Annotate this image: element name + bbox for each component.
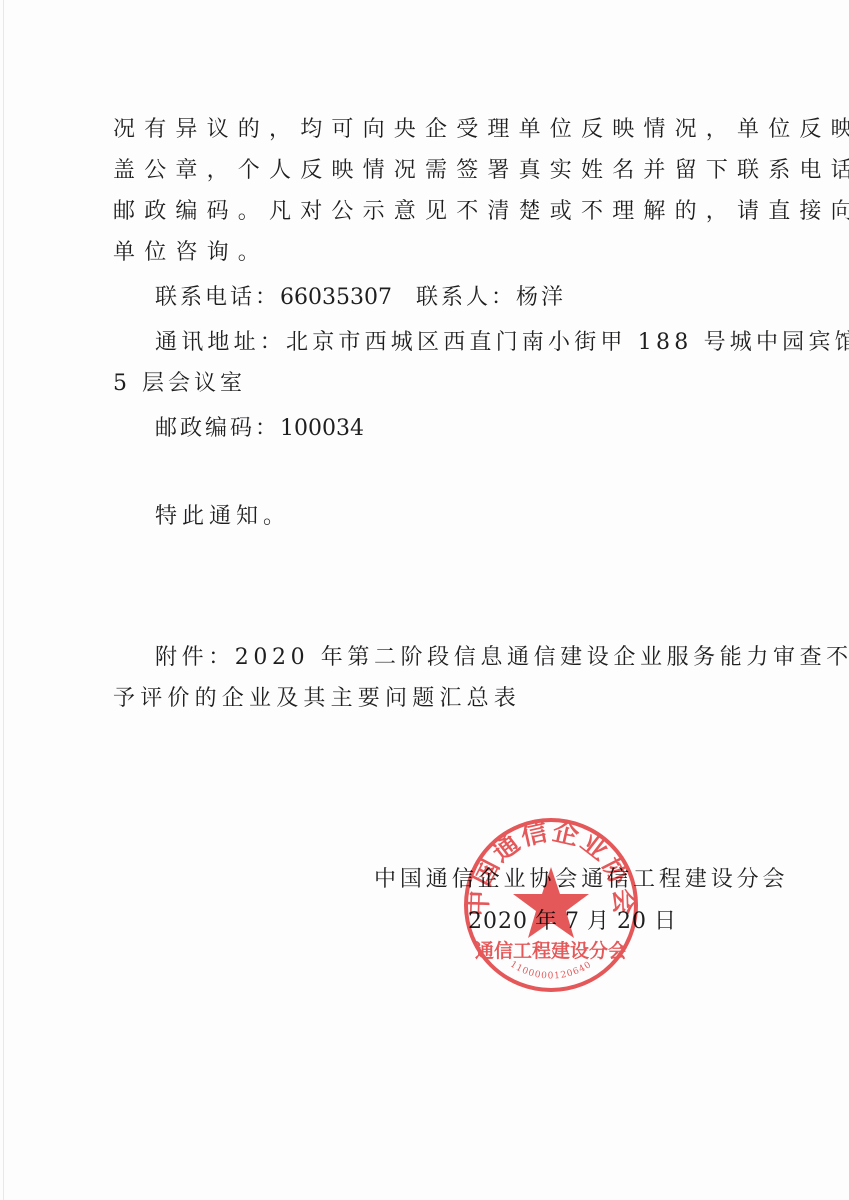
body-line-3: 邮政编码。凡对公示意见不清楚或不理解的，请直接向央企受理 [113, 199, 737, 225]
contact-line: 联系电话：66035307联系人：杨洋 [155, 285, 779, 311]
official-seal-icon: 中国通信企业协会 通信工程建设分会 1100000120640 [461, 815, 641, 995]
body-line-1: 况有异议的，均可向央企受理单位反映情况，单位反映情况需加 [113, 117, 737, 143]
document-page: 况有异议的，均可向央企受理单位反映情况，单位反映情况需加 盖公章，个人反映情况需… [0, 0, 849, 1200]
star-icon [513, 867, 589, 938]
phone-label: 联系电话： [155, 285, 280, 310]
postcode-value: 100034 [280, 416, 364, 441]
attachment-line-2: 予评价的企业及其主要问题汇总表 [113, 686, 737, 712]
attachment-line-1: 附件：2020 年第二阶段信息通信建设企业服务能力审查不 [155, 645, 779, 671]
closing-text: 特此通知。 [155, 504, 779, 530]
page-edge [3, 0, 4, 1200]
date-day-unit: 日 [654, 909, 677, 934]
body-line-4: 单位咨询。 [113, 240, 737, 266]
svg-text:1100000120640: 1100000120640 [508, 960, 594, 982]
stamp-serial: 1100000120640 [508, 960, 594, 982]
phone-number: 66035307 [280, 285, 392, 310]
stamp-inner-text: 通信工程建设分会 [475, 939, 627, 962]
contact-person-label: 联系人： [416, 285, 516, 310]
postcode-line: 邮政编码：100034 [155, 416, 779, 442]
body-line-2: 盖公章，个人反映情况需签署真实姓名并留下联系电话、地址和 [113, 158, 737, 184]
address-line-1: 通讯地址：北京市西城区西直门南小街甲 188 号城中园宾馆 [155, 330, 779, 356]
postcode-label: 邮政编码： [155, 416, 280, 441]
contact-person: 杨洋 [516, 285, 566, 310]
address-line-2: 5 层会议室 [113, 371, 737, 397]
